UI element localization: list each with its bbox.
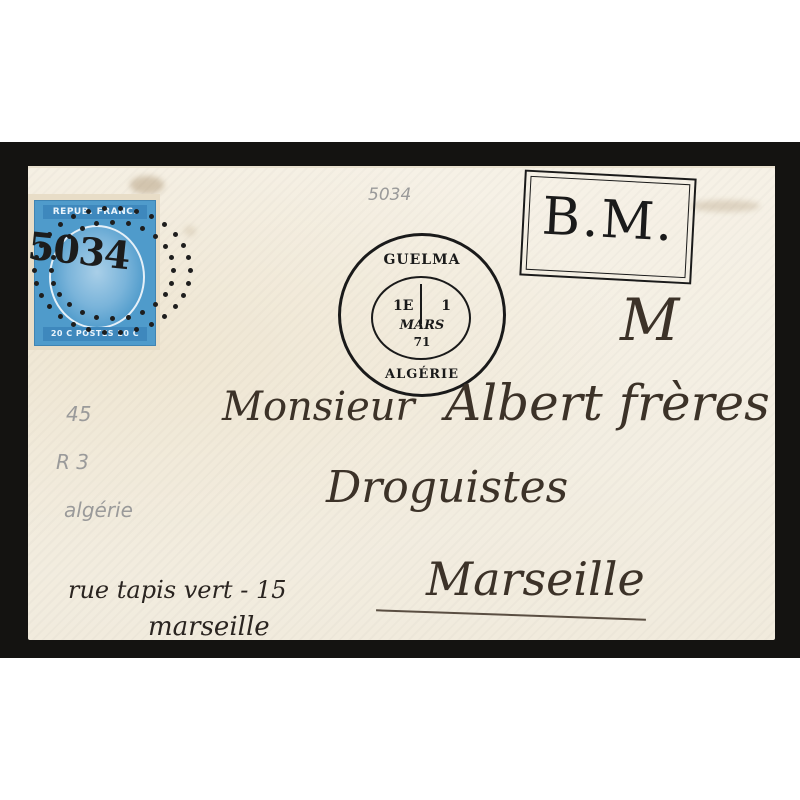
cancel-dot xyxy=(153,234,158,239)
cancel-dot xyxy=(39,293,44,298)
cancel-dot xyxy=(34,281,39,286)
cancel-dot xyxy=(58,314,63,319)
stain xyxy=(184,226,196,236)
cancel-dot xyxy=(169,281,174,286)
address-honorific-m: M xyxy=(620,286,679,354)
stamp-bottom-inscription: 20 C POSTES 20 C xyxy=(43,327,147,341)
sender-street: rue tapis vert - 15 xyxy=(68,576,286,604)
cancel-dot xyxy=(118,330,123,335)
cancel-dot xyxy=(86,327,91,332)
sender-city: marseille xyxy=(148,612,270,640)
address-occupation: Droguistes xyxy=(326,462,568,513)
cancel-dot xyxy=(71,322,76,327)
cancel-dot xyxy=(51,281,56,286)
cancel-dot xyxy=(94,315,99,320)
cancel-dot xyxy=(32,268,37,273)
stain xyxy=(130,176,164,194)
cancel-dot xyxy=(163,244,168,249)
date-stamp-postmark: GUELMA 1E 1 MARS 71 ALGÉRIE xyxy=(338,233,506,397)
cancel-dot xyxy=(102,330,107,335)
stain xyxy=(690,200,760,212)
bm-text: B.M. xyxy=(523,186,694,255)
postmark-year: 71 xyxy=(341,335,503,349)
address-recipient-name: Albert frères xyxy=(445,374,770,432)
postmark-month: MARS xyxy=(341,318,503,333)
postmark-day: 1 xyxy=(441,298,451,314)
cancel-dot xyxy=(110,220,115,225)
postmark-town: GUELMA xyxy=(341,252,503,268)
address-city: Marseille xyxy=(426,552,645,606)
cancel-dot xyxy=(171,268,176,273)
cancel-dot xyxy=(149,322,154,327)
cancel-dot xyxy=(86,209,91,214)
cancel-dot xyxy=(80,310,85,315)
boxed-bm-marking: B.M. xyxy=(519,170,696,285)
postmark-time: 1E xyxy=(393,298,413,314)
address-monsieur: Monsieur xyxy=(222,384,415,430)
pencil-note-r3: R 3 xyxy=(56,450,89,474)
stamp-top-inscription: REPUB. FRANC. xyxy=(43,205,147,219)
pencil-note-top: 5034 xyxy=(368,185,411,205)
cancel-dot xyxy=(163,292,168,297)
cancel-dot xyxy=(173,232,178,237)
postmark-time-day: 1E 1 xyxy=(341,298,503,314)
cancel-dot xyxy=(188,268,193,273)
cancel-dot xyxy=(126,315,131,320)
pencil-note-algerie: algérie xyxy=(64,498,133,522)
pencil-note-45: 45 xyxy=(66,402,91,426)
